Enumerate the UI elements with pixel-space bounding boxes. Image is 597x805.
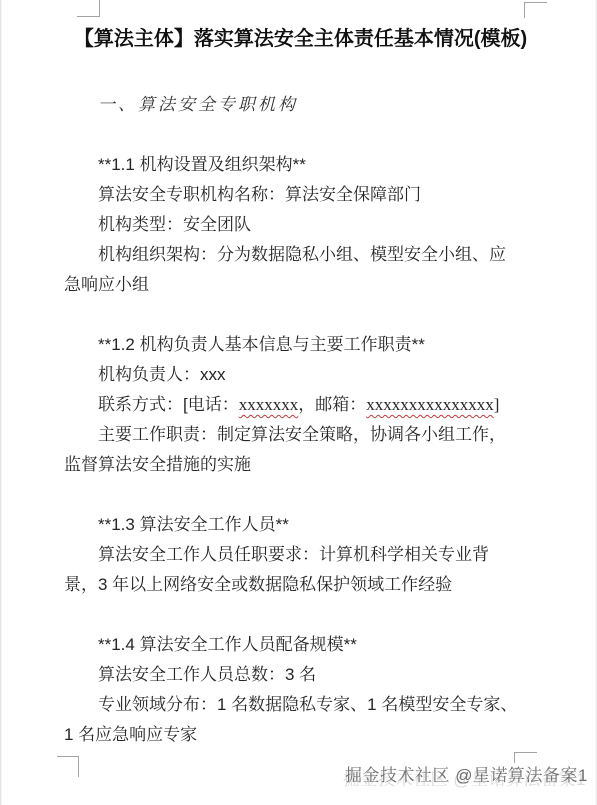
watermark: 掘金技术社区 @星诺算法备案1 xyxy=(345,761,588,786)
contact-prefix: 联系方式：[电话： xyxy=(98,395,239,414)
org-structure-line: 机构组织架构：分为数据隐私小组、模型安全小组、应 急响应小组 xyxy=(64,240,537,300)
watermark-clipped-tail: 1 xyxy=(578,766,588,785)
section-1-3: **1.3 算法安全工作人员** 算法安全工作人员任职要求：计算机科学相关专业背… xyxy=(64,510,537,600)
org-type-line: 机构类型：安全团队 xyxy=(64,210,537,240)
section-1-4-heading: **1.4 算法安全工作人员配备规模** xyxy=(64,630,537,660)
document-page: 【算法主体】落实算法安全主体责任基本情况(模板) 一、算法安全专职机构 **1.… xyxy=(0,0,597,805)
document-body: 【算法主体】落实算法安全主体责任基本情况(模板) 一、算法安全专职机构 **1.… xyxy=(64,0,537,750)
section-1-4: **1.4 算法安全工作人员配备规模** 算法安全工作人员总数：3 名 专业领域… xyxy=(64,630,537,750)
qualification-line: 算法安全工作人员任职要求：计算机科学相关专业背 景，3 年以上网络安全或数据隐私… xyxy=(64,540,537,600)
watermark-text: 掘金技术社区 @星诺算法备案 xyxy=(345,766,578,785)
chapter-heading: 一、算法安全专职机构 xyxy=(64,90,537,120)
page-title: 【算法主体】落实算法安全主体责任基本情况(模板) xyxy=(64,22,537,56)
org-name-line: 算法安全专职机构名称：算法安全保障部门 xyxy=(64,180,537,210)
email-placeholder: xxxxxxxxxxxxxxx xyxy=(366,395,494,414)
section-1-2: **1.2 机构负责人基本信息与主要工作职责** 机构负责人：xxx 联系方式：… xyxy=(64,330,537,480)
contact-suffix: ] xyxy=(494,395,500,414)
leader-line: 机构负责人：xxx xyxy=(64,360,537,390)
section-1-2-heading: **1.2 机构负责人基本信息与主要工作职责** xyxy=(64,330,537,360)
staff-domain-line: 专业领域分布：1 名数据隐私专家、1 名模型安全专家、 1 名应急响应专家 xyxy=(64,690,537,750)
corner-mark-bottom-left xyxy=(57,756,79,777)
staff-total-line: 算法安全工作人员总数：3 名 xyxy=(64,660,537,690)
section-1-3-heading: **1.3 算法安全工作人员** xyxy=(64,510,537,540)
section-1-1: **1.1 机构设置及组织架构** 算法安全专职机构名称：算法安全保障部门 机构… xyxy=(64,150,537,300)
contact-separator: ，邮箱： xyxy=(298,395,366,414)
duty-line: 主要工作职责：制定算法安全策略，协调各小组工作， 监督算法安全措施的实施 xyxy=(64,420,537,480)
phone-placeholder: xxxxxxx xyxy=(239,395,299,414)
section-1-1-heading: **1.1 机构设置及组织架构** xyxy=(64,150,537,180)
contact-line: 联系方式：[电话：xxxxxxx，邮箱：xxxxxxxxxxxxxxx] xyxy=(64,390,537,420)
page-edge-left xyxy=(0,0,2,805)
